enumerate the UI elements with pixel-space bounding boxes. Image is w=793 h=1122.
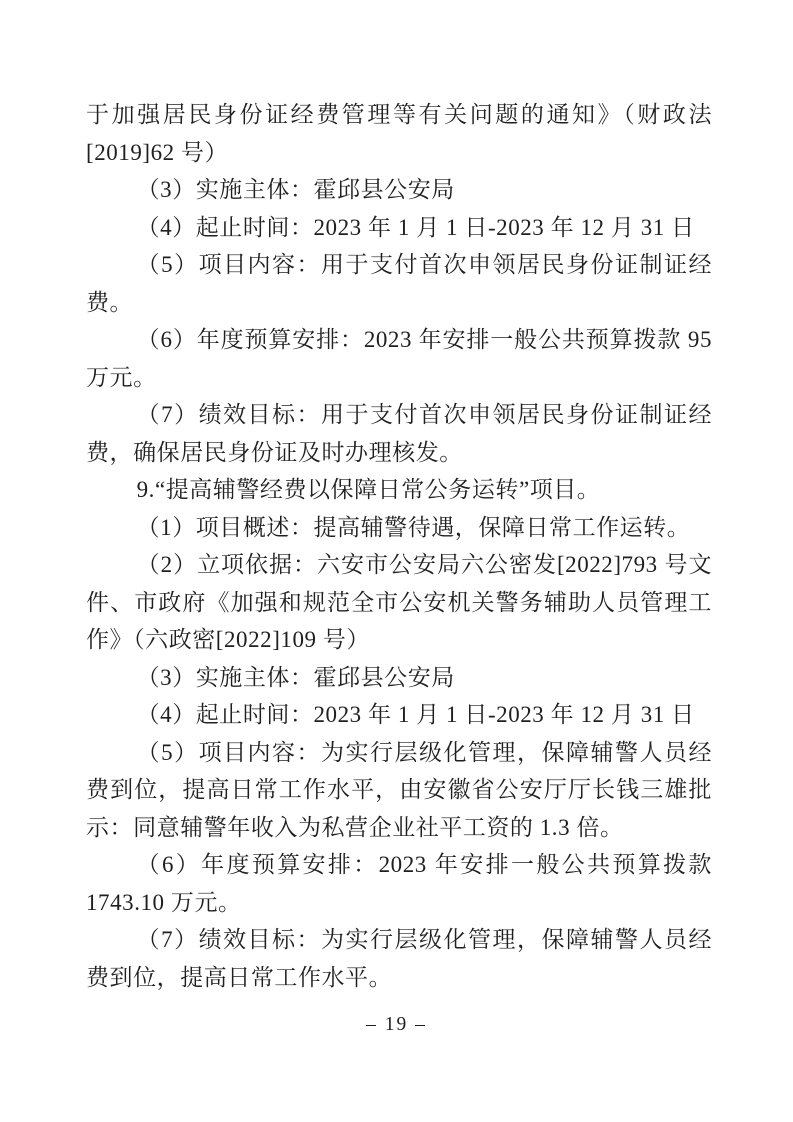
document-paragraph: （6）年度预算安排：2023 年安排一般公共预算拨款 1743.10 万元。	[86, 846, 712, 921]
document-body: 于加强居民身份证经费管理等有关问题的通知》（财政法[2019]62 号） （3）…	[86, 96, 712, 996]
document-paragraph: （6）年度预算安排：2023 年安排一般公共预算拨款 95 万元。	[86, 321, 712, 396]
document-paragraph: （5）项目内容：用于支付首次申领居民身份证制证经费。	[86, 246, 712, 321]
document-paragraph: （3）实施主体：霍邱县公安局	[86, 659, 712, 697]
document-paragraph: （7）绩效目标：用于支付首次申领居民身份证制证经费，确保居民身份证及时办理核发。	[86, 396, 712, 471]
document-paragraph: （3）实施主体：霍邱县公安局	[86, 171, 712, 209]
document-paragraph: （7）绩效目标：为实行层级化管理，保障辅警人员经费到位，提高日常工作水平。	[86, 921, 712, 996]
document-paragraph: （4）起止时间：2023 年 1 月 1 日-2023 年 12 月 31 日	[86, 209, 712, 247]
document-page: 于加强居民身份证经费管理等有关问题的通知》（财政法[2019]62 号） （3）…	[0, 0, 793, 1122]
page-footer: – 19 –	[0, 1014, 793, 1036]
document-paragraph: 于加强居民身份证经费管理等有关问题的通知》（财政法[2019]62 号）	[86, 96, 712, 171]
document-paragraph: （4）起止时间：2023 年 1 月 1 日-2023 年 12 月 31 日	[86, 696, 712, 734]
document-paragraph: （1）项目概述：提高辅警待遇，保障日常工作运转。	[86, 509, 712, 547]
document-paragraph: （2）立项依据：六安市公安局六公密发[2022]793 号文件、市政府《加强和规…	[86, 546, 712, 659]
page-number: – 19 –	[366, 1014, 427, 1035]
document-paragraph-section-heading: 9.“提高辅警经费以保障日常公务运转”项目。	[86, 471, 712, 509]
document-paragraph: （5）项目内容：为实行层级化管理，保障辅警人员经费到位，提高日常工作水平，由安徽…	[86, 734, 712, 847]
